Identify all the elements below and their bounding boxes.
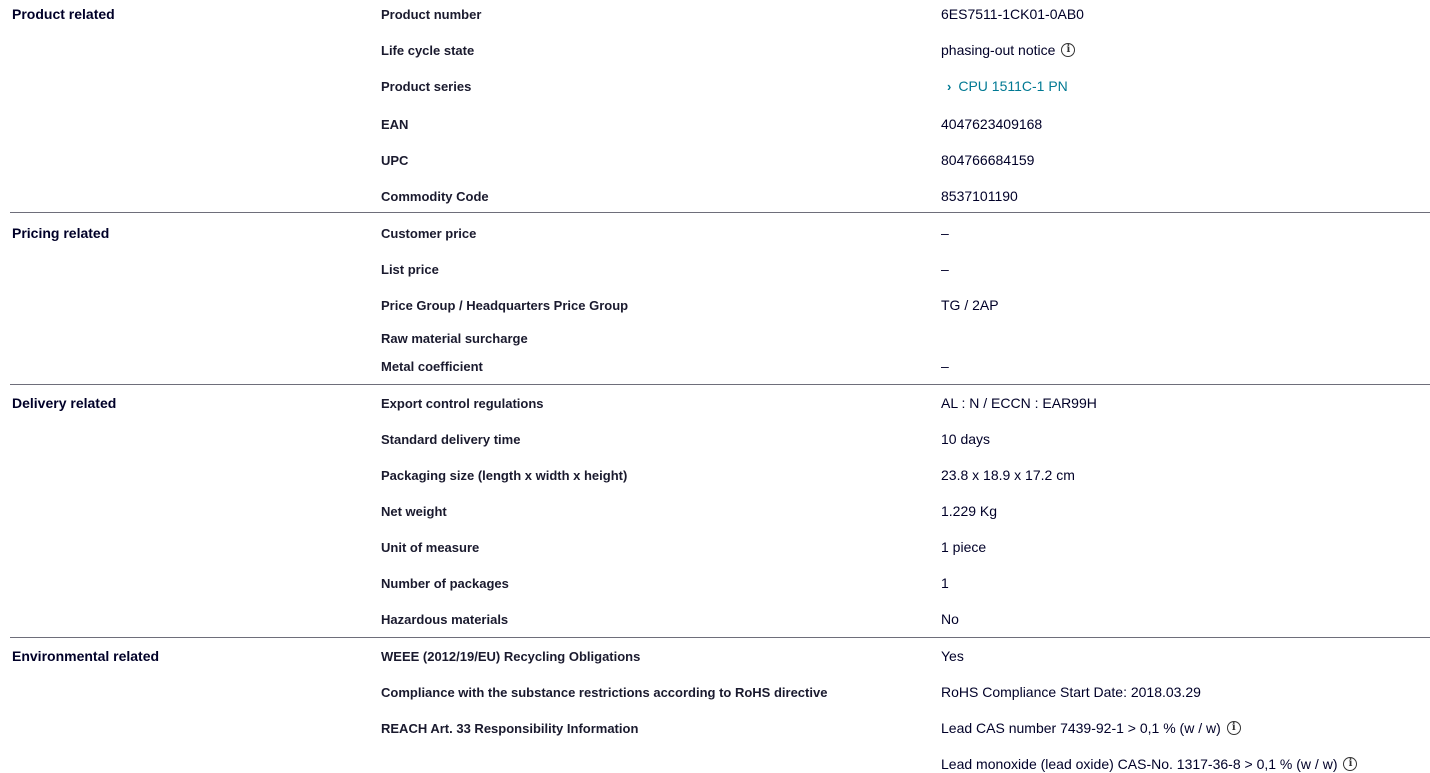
value-text: 10 days <box>941 431 990 447</box>
row-value: Lead CAS number 7439-92-1 > 0,1 % (w / w… <box>941 720 1241 736</box>
value-text: 23.8 x 18.9 x 17.2 cm <box>941 467 1075 483</box>
info-icon[interactable]: i <box>1061 43 1075 57</box>
value-text: RoHS Compliance Start Date: 2018.03.29 <box>941 684 1201 700</box>
row-value: Yes <box>941 648 964 664</box>
row-value: 804766684159 <box>941 152 1034 168</box>
row-label: Price Group / Headquarters Price Group <box>381 298 628 313</box>
product-series-link[interactable]: ›CPU 1511C-1 PN <box>947 78 1068 94</box>
row-label: Product series <box>381 79 471 94</box>
row-label: Standard delivery time <box>381 432 520 447</box>
section-divider <box>10 384 1430 385</box>
row-label: EAN <box>381 117 408 132</box>
row-label: WEEE (2012/19/EU) Recycling Obligations <box>381 649 640 664</box>
row-value: – <box>941 261 949 277</box>
row-label: Product number <box>381 7 481 22</box>
value-text: Lead CAS number 7439-92-1 > 0,1 % (w / w… <box>941 720 1221 736</box>
value-text: 6ES7511-1CK01-0AB0 <box>941 6 1084 22</box>
value-text: 1.229 Kg <box>941 503 997 519</box>
value-text: 4047623409168 <box>941 116 1042 132</box>
value-text: Lead monoxide (lead oxide) CAS-No. 1317-… <box>941 756 1337 772</box>
row-label: Unit of measure <box>381 540 479 555</box>
row-value: – <box>941 225 949 241</box>
value-text: No <box>941 611 959 627</box>
value-text: 1 piece <box>941 539 986 555</box>
value-text: 804766684159 <box>941 152 1034 168</box>
link-text[interactable]: CPU 1511C-1 PN <box>958 78 1067 94</box>
row-value: AL : N / ECCN : EAR99H <box>941 395 1097 411</box>
info-icon[interactable]: i <box>1343 757 1357 771</box>
row-value: TG / 2AP <box>941 297 999 313</box>
row-label: Export control regulations <box>381 396 544 411</box>
value-text: phasing-out notice <box>941 42 1055 58</box>
row-value: 1.229 Kg <box>941 503 997 519</box>
row-label: Compliance with the substance restrictio… <box>381 685 827 700</box>
chevron-right-icon: › <box>947 79 951 94</box>
section-divider <box>10 212 1430 213</box>
row-value: 10 days <box>941 431 990 447</box>
row-label: Commodity Code <box>381 189 489 204</box>
value-text: – <box>941 358 949 374</box>
row-value: 1 <box>941 575 949 591</box>
value-text: Yes <box>941 648 964 664</box>
row-value: 6ES7511-1CK01-0AB0 <box>941 6 1084 22</box>
row-label: Customer price <box>381 226 476 241</box>
row-label: REACH Art. 33 Responsibility Information <box>381 721 638 736</box>
section-title: Pricing related <box>12 225 109 241</box>
value-text: 1 <box>941 575 949 591</box>
row-label: Number of packages <box>381 576 509 591</box>
row-label: Packaging size (length x width x height) <box>381 468 627 483</box>
row-label: List price <box>381 262 439 277</box>
row-label: UPC <box>381 153 408 168</box>
row-value: 8537101190 <box>941 188 1018 204</box>
row-label: Hazardous materials <box>381 612 508 627</box>
row-value: 1 piece <box>941 539 986 555</box>
row-value: 23.8 x 18.9 x 17.2 cm <box>941 467 1075 483</box>
row-label: Metal coefficient <box>381 359 483 374</box>
value-text: – <box>941 225 949 241</box>
row-value: phasing-out noticei <box>941 42 1075 58</box>
section-title: Product related <box>12 6 115 22</box>
row-value: RoHS Compliance Start Date: 2018.03.29 <box>941 684 1201 700</box>
value-text: AL : N / ECCN : EAR99H <box>941 395 1097 411</box>
value-text: TG / 2AP <box>941 297 999 313</box>
row-value: Lead monoxide (lead oxide) CAS-No. 1317-… <box>941 756 1357 772</box>
row-label: Net weight <box>381 504 447 519</box>
row-label: Life cycle state <box>381 43 474 58</box>
section-title: Environmental related <box>12 648 159 664</box>
section-divider <box>10 637 1430 638</box>
section-title: Delivery related <box>12 395 116 411</box>
row-value: – <box>941 358 949 374</box>
row-label: Raw material surcharge <box>381 331 528 346</box>
info-icon[interactable]: i <box>1227 721 1241 735</box>
row-value: No <box>941 611 959 627</box>
row-value[interactable]: ›CPU 1511C-1 PN <box>941 78 1068 94</box>
value-text: 8537101190 <box>941 188 1018 204</box>
row-value: 4047623409168 <box>941 116 1042 132</box>
value-text: – <box>941 261 949 277</box>
